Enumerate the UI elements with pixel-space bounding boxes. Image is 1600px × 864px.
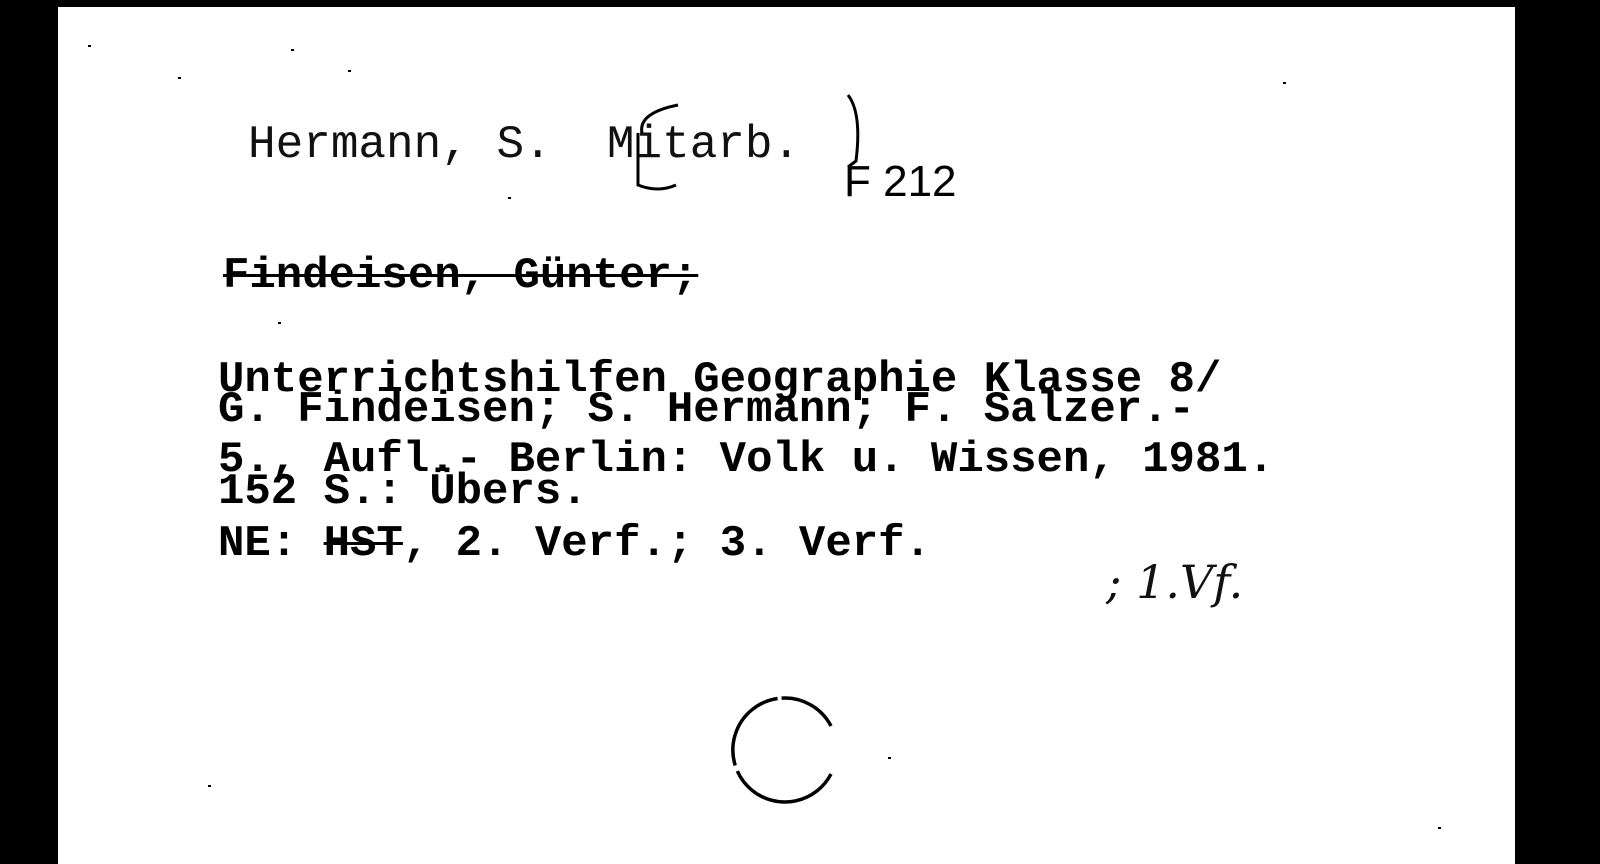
speck xyxy=(178,77,181,79)
ne-label: NE: xyxy=(218,519,297,569)
handwritten-note: ; 1.Vf. xyxy=(1106,555,1243,609)
heading-name: Hermann, S. xyxy=(248,119,552,171)
speck xyxy=(508,197,511,199)
struck-author: Findeisen, Günter; xyxy=(223,251,698,301)
speck xyxy=(208,785,211,787)
speck xyxy=(278,322,281,324)
speck xyxy=(1438,827,1441,829)
speck xyxy=(291,49,294,51)
authors-line: G. Findeisen; S. Hermann; F. Salzer.- xyxy=(218,395,1195,425)
handwritten-bracket xyxy=(618,93,868,201)
speck xyxy=(888,757,891,759)
ne-struck: HST xyxy=(324,519,403,569)
speck xyxy=(1283,82,1286,84)
speck xyxy=(88,45,91,47)
punch-hole-icon xyxy=(723,692,839,808)
catalog-card: Hermann, S. Mitarb. F 212 Findeisen, Gün… xyxy=(58,7,1515,864)
ne-rest: , 2. Verf.; 3. Verf. xyxy=(403,519,931,569)
extent-line: 152 S.: Übers. xyxy=(218,477,588,507)
speck xyxy=(348,70,351,72)
shelf-signature: F 212 xyxy=(844,157,957,207)
added-entries-line: NE: HST, 2. Verf.; 3. Verf. xyxy=(218,529,931,559)
